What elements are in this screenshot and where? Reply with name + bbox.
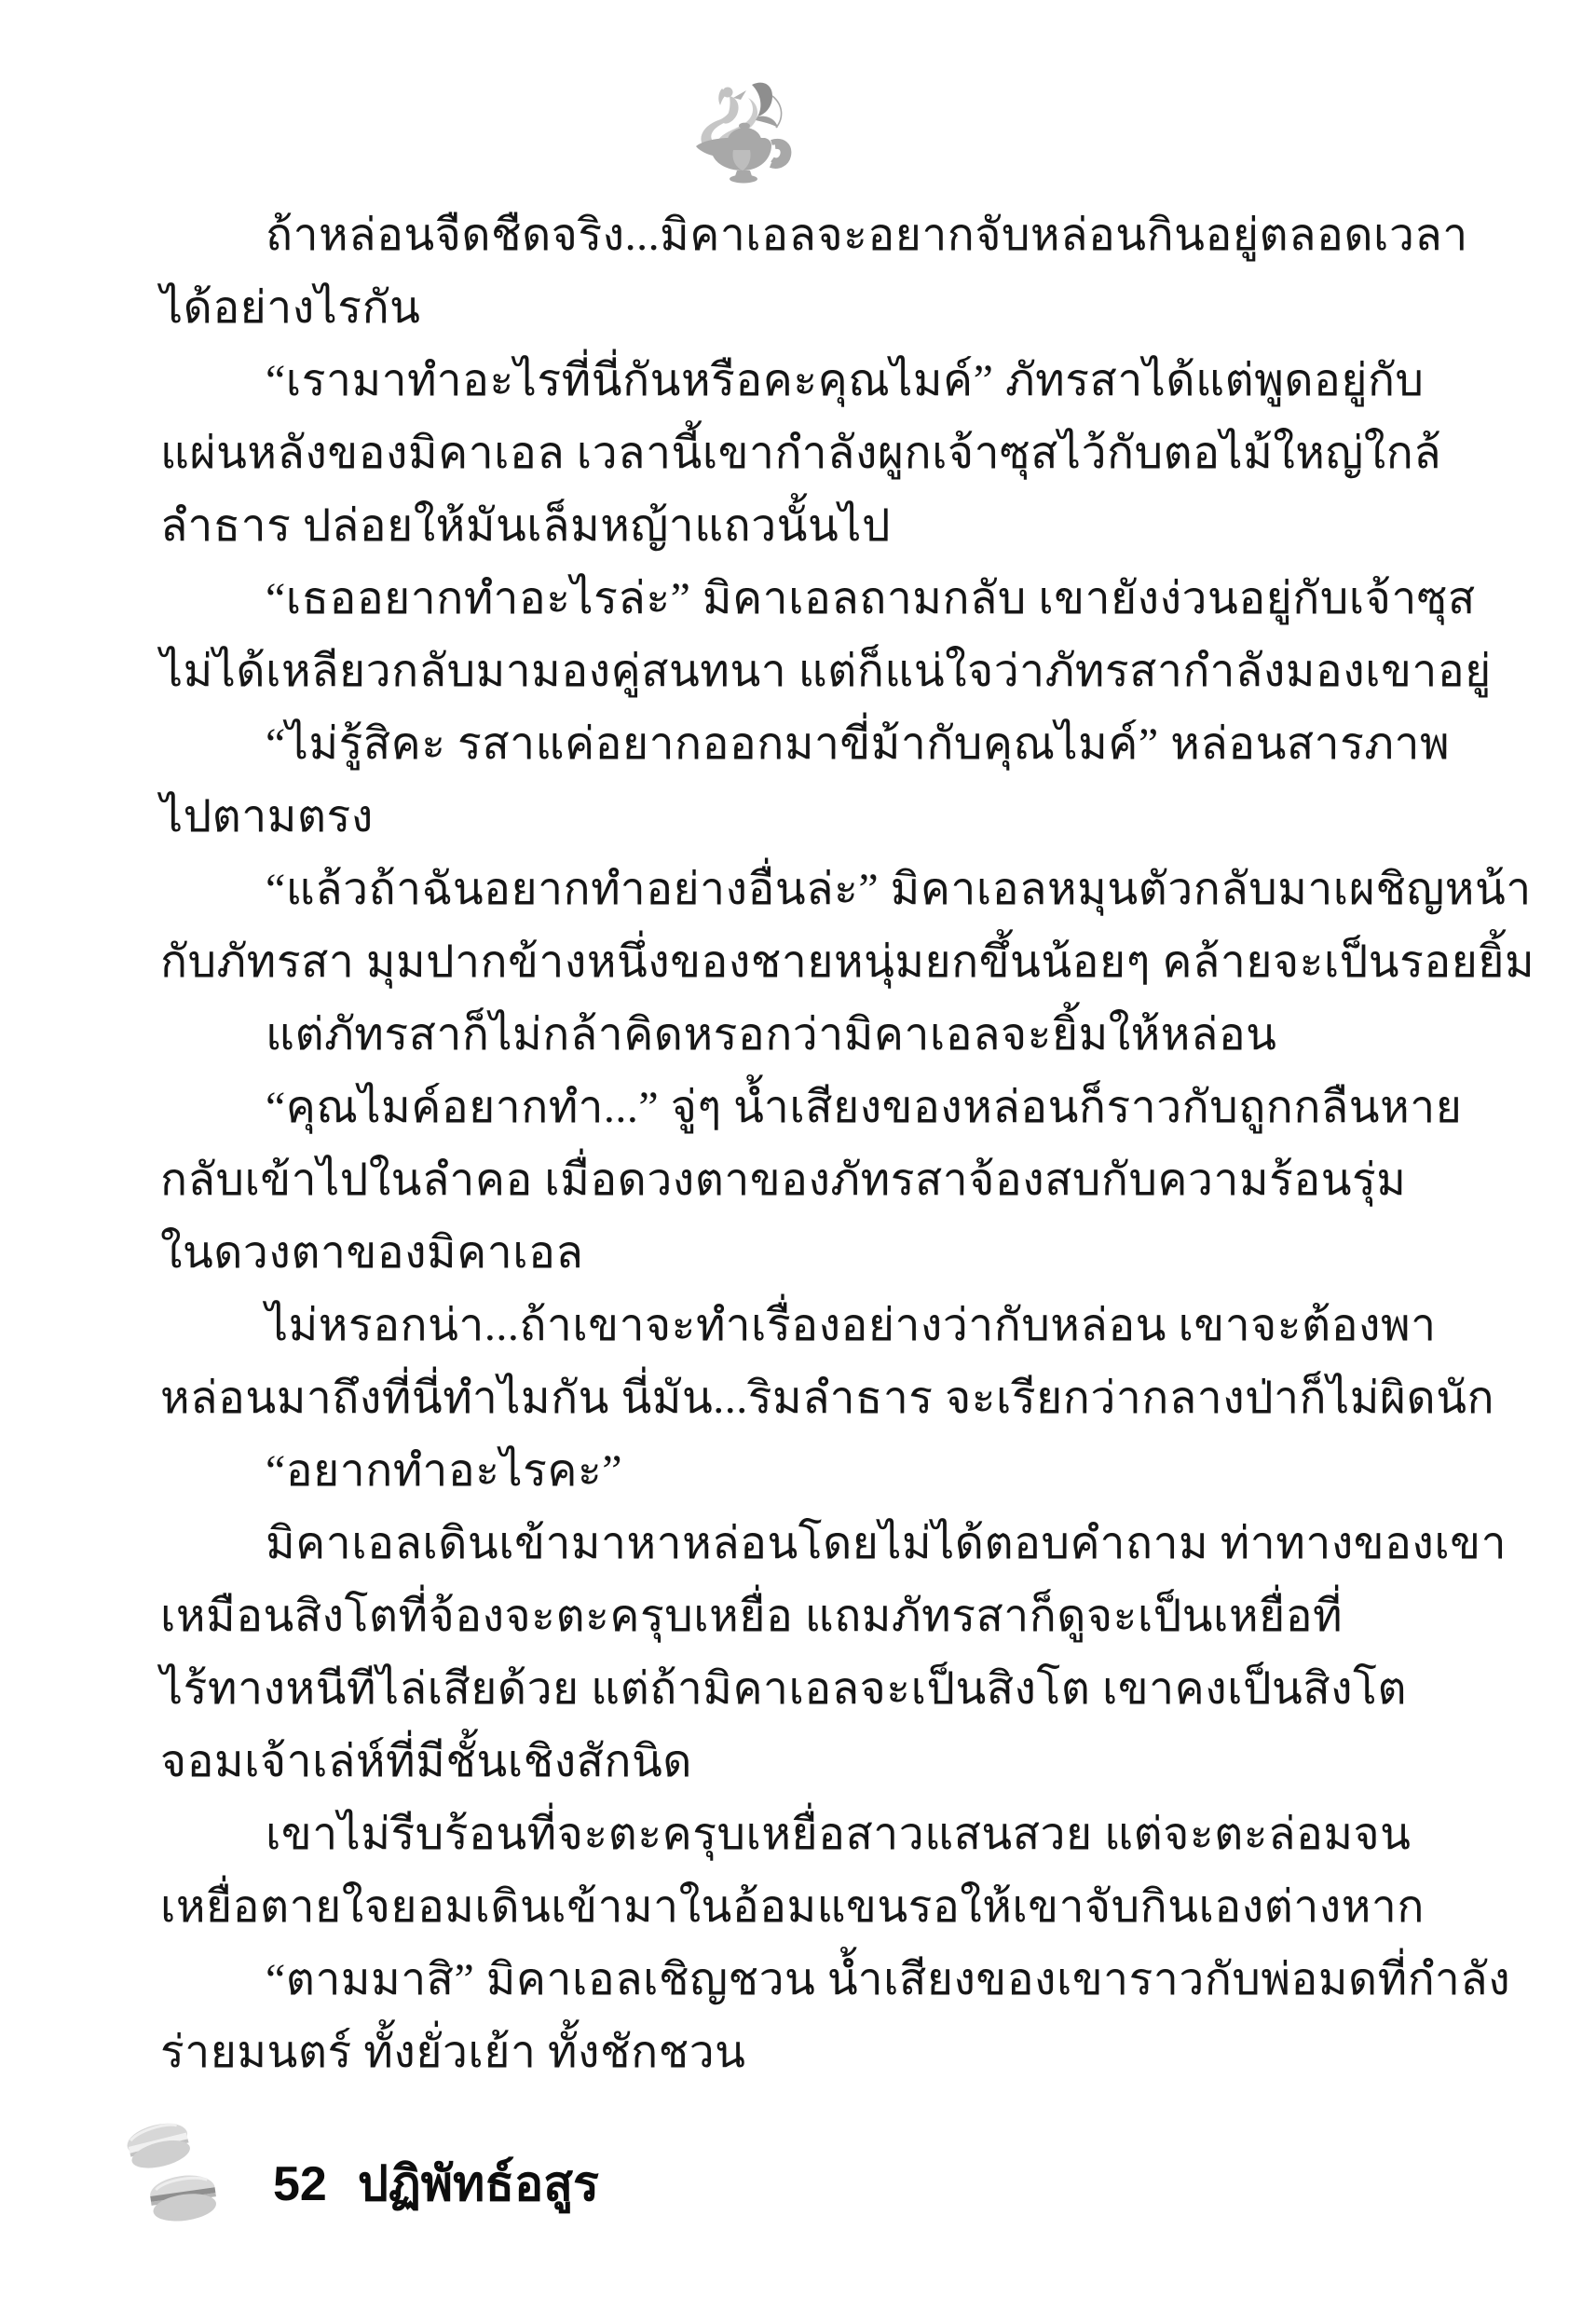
text-line: “แล้วถ้าฉันอยากทำอย่างอื่นล่ะ” มิคาเอลหม… [160,854,1455,926]
paragraph: “คุณไมค์อยากทำ...” จู่ๆ น้ำเสียงของหล่อน… [160,1072,1455,1290]
text-line: มิคาเอลเดินเข้ามาหาหล่อนโดยไม่ได้ตอบคำถา… [160,1508,1455,1580]
text-line: กับภัทรสา มุมปากข้างหนึ่งของชายหนุ่มยกขึ… [160,926,1455,999]
page-number: 52 [273,2157,327,2211]
book-page: ถ้าหล่อนจืดชืดจริง...มิคาเอลจะอยากจับหล่… [0,0,1596,2311]
text-line: ไปตามตรง [160,781,1455,854]
paragraph: แต่ภัทรสาก็ไม่กล้าคิดหรอกว่ามิคาเอลจะยิ้… [160,999,1455,1072]
text-line: ได้อย่างไรกัน [160,272,1455,345]
text-line: เขาไม่รีบร้อนที่จะตะครุบเหยื่อสาวแสนสวย … [160,1798,1455,1871]
paragraph: “แล้วถ้าฉันอยากทำอย่างอื่นล่ะ” มิคาเอลหม… [160,854,1455,999]
book-title: ปฏิพัทธ์อสูร [358,2157,599,2211]
text-line: “ตามมาสิ” มิคาเอลเชิญชวน น้ำเสียงของเขาร… [160,1944,1455,2017]
paragraph: “อยากทำอะไรคะ” [160,1435,1455,1508]
text-line: ไร้ทางหนีทีไล่เสียด้วย แต่ถ้ามิคาเอลจะเป… [160,1653,1455,1726]
text-line: “เธออยากทำอะไรล่ะ” มิคาเอลถามกลับ เขายัง… [160,563,1455,636]
text-line: เหยื่อตายใจยอมเดินเข้ามาในอ้อมแขนรอให้เข… [160,1871,1455,1944]
text-line: ร่ายมนตร์ ทั้งยั่วเย้า ทั้งชักชวน [160,2017,1455,2089]
text-line: ถ้าหล่อนจืดชืดจริง...มิคาเอลจะอยากจับหล่… [160,199,1455,272]
text-line: ไม่หรอกน่า...ถ้าเขาจะทำเรื่องอย่างว่ากับ… [160,1290,1455,1362]
genie-lamp-ornament-icon [694,77,792,185]
body-text: ถ้าหล่อนจืดชืดจริง...มิคาเอลจะอยากจับหล่… [160,199,1455,2089]
paragraph: “เธออยากทำอะไรล่ะ” มิคาเอลถามกลับ เขายัง… [160,563,1455,708]
text-line: กลับเข้าไปในลำคอ เมื่อดวงตาของภัทรสาจ้อง… [160,1144,1455,1217]
text-line: “อยากทำอะไรคะ” [160,1435,1455,1508]
text-line: หล่อนมาถึงที่นี่ทำไมกัน นี่มัน...ริมลำธา… [160,1362,1455,1435]
paragraph: “ไม่รู้สิคะ รสาแค่อยากออกมาขี่ม้ากับคุณไ… [160,708,1455,854]
text-line: “เรามาทำอะไรที่นี่กันหรือคะคุณไมค์” ภัทร… [160,345,1455,417]
text-line: “ไม่รู้สิคะ รสาแค่อยากออกมาขี่ม้ากับคุณไ… [160,708,1455,781]
page-footer: 52ปฏิพัทธ์อสูร [0,2121,1596,2251]
text-line: เหมือนสิงโตที่จ้องจะตะครุบเหยื่อ แถมภัทร… [160,1580,1455,1653]
text-line: ในดวงตาของมิคาเอล [160,1217,1455,1290]
text-line: ลำธาร ปล่อยให้มันเล็มหญ้าแถวนั้นไป [160,490,1455,563]
text-line: จอมเจ้าเล่ห์ที่มีชั้นเชิงสักนิด [160,1726,1455,1798]
paragraph: เขาไม่รีบร้อนที่จะตะครุบเหยื่อสาวแสนสวย … [160,1798,1455,1944]
paragraph: ไม่หรอกน่า...ถ้าเขาจะทำเรื่องอย่างว่ากับ… [160,1290,1455,1435]
paragraph: “เรามาทำอะไรที่นี่กันหรือคะคุณไมค์” ภัทร… [160,345,1455,563]
macarons-ornament-icon [124,2123,225,2227]
paragraph: ถ้าหล่อนจืดชืดจริง...มิคาเอลจะอยากจับหล่… [160,199,1455,345]
text-line: “คุณไมค์อยากทำ...” จู่ๆ น้ำเสียงของหล่อน… [160,1072,1455,1144]
paragraph: มิคาเอลเดินเข้ามาหาหล่อนโดยไม่ได้ตอบคำถา… [160,1508,1455,1798]
text-line: แต่ภัทรสาก็ไม่กล้าคิดหรอกว่ามิคาเอลจะยิ้… [160,999,1455,1072]
paragraph: “ตามมาสิ” มิคาเอลเชิญชวน น้ำเสียงของเขาร… [160,1944,1455,2089]
text-line: แผ่นหลังของมิคาเอล เวลานี้เขากำลังผูกเจ้… [160,417,1455,490]
text-line: ไม่ได้เหลียวกลับมามองคู่สนทนา แต่ก็แน่ใจ… [160,636,1455,708]
running-footer: 52ปฏิพัทธ์อสูร [273,2158,599,2210]
